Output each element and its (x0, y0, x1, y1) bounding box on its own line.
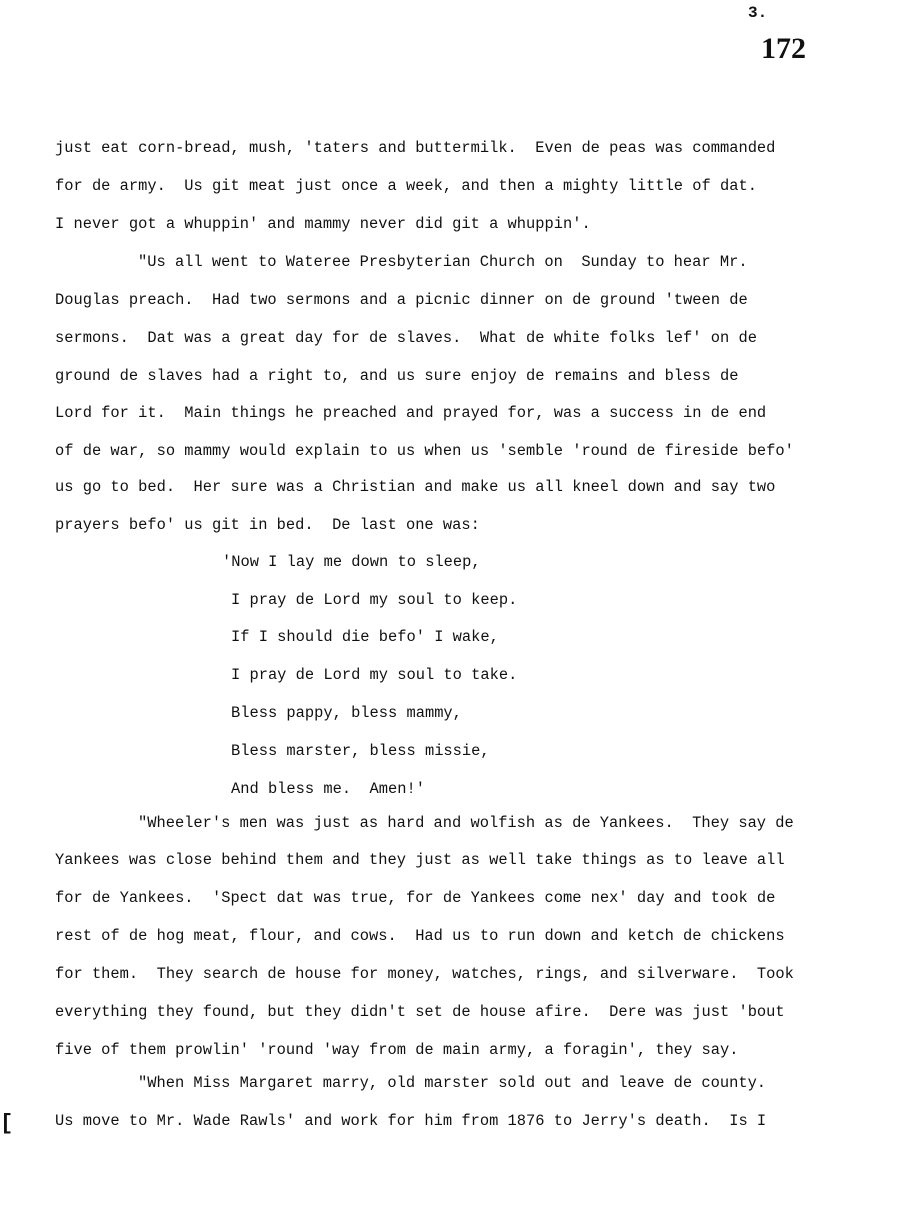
paragraph-line: Yankees was close behind them and they j… (55, 850, 785, 870)
verse-line: Bless pappy, bless mammy, (231, 703, 462, 723)
verse-line: And bless me. Amen!' (231, 779, 425, 799)
paragraph-line: just eat corn-bread, mush, 'taters and b… (55, 138, 775, 158)
verse-line: 'Now I lay me down to sleep, (222, 552, 481, 572)
paragraph-line: prayers befo' us git in bed. De last one… (55, 515, 480, 535)
paragraph-line: rest of de hog meat, flour, and cows. Ha… (55, 926, 785, 946)
paragraph-line: "When Miss Margaret marry, old marster s… (138, 1073, 766, 1093)
paragraph-line: Douglas preach. Had two sermons and a pi… (55, 290, 748, 310)
paragraph-line: I never got a whuppin' and mammy never d… (55, 214, 591, 234)
stamped-page-number: 172 (761, 32, 806, 66)
paragraph-line: Lord for it. Main things he preached and… (55, 403, 766, 423)
paragraph-line: Us move to Mr. Wade Rawls' and work for … (55, 1111, 766, 1131)
paragraph-line: "Wheeler's men was just as hard and wolf… (138, 813, 794, 833)
paragraph-line: for de Yankees. 'Spect dat was true, for… (55, 888, 775, 908)
paragraph-line: "Us all went to Wateree Presbyterian Chu… (138, 252, 748, 272)
verse-line: I pray de Lord my soul to keep. (231, 590, 517, 610)
typed-page-number: 3. (748, 4, 767, 22)
paragraph-line: of de war, so mammy would explain to us … (55, 441, 794, 461)
verse-line: If I should die befo' I wake, (231, 627, 499, 647)
paragraph-line: sermons. Dat was a great day for de slav… (55, 328, 757, 348)
verse-line: I pray de Lord my soul to take. (231, 665, 517, 685)
paragraph-line: everything they found, but they didn't s… (55, 1002, 785, 1022)
margin-bracket-mark: [ (0, 1112, 13, 1136)
verse-line: Bless marster, bless missie, (231, 741, 490, 761)
paragraph-line: five of them prowlin' 'round 'way from d… (55, 1040, 738, 1060)
paragraph-line: us go to bed. Her sure was a Christian a… (55, 477, 775, 497)
paragraph-line: ground de slaves had a right to, and us … (55, 366, 738, 386)
paragraph-line: for de army. Us git meat just once a wee… (55, 176, 757, 196)
paragraph-line: for them. They search de house for money… (55, 964, 794, 984)
